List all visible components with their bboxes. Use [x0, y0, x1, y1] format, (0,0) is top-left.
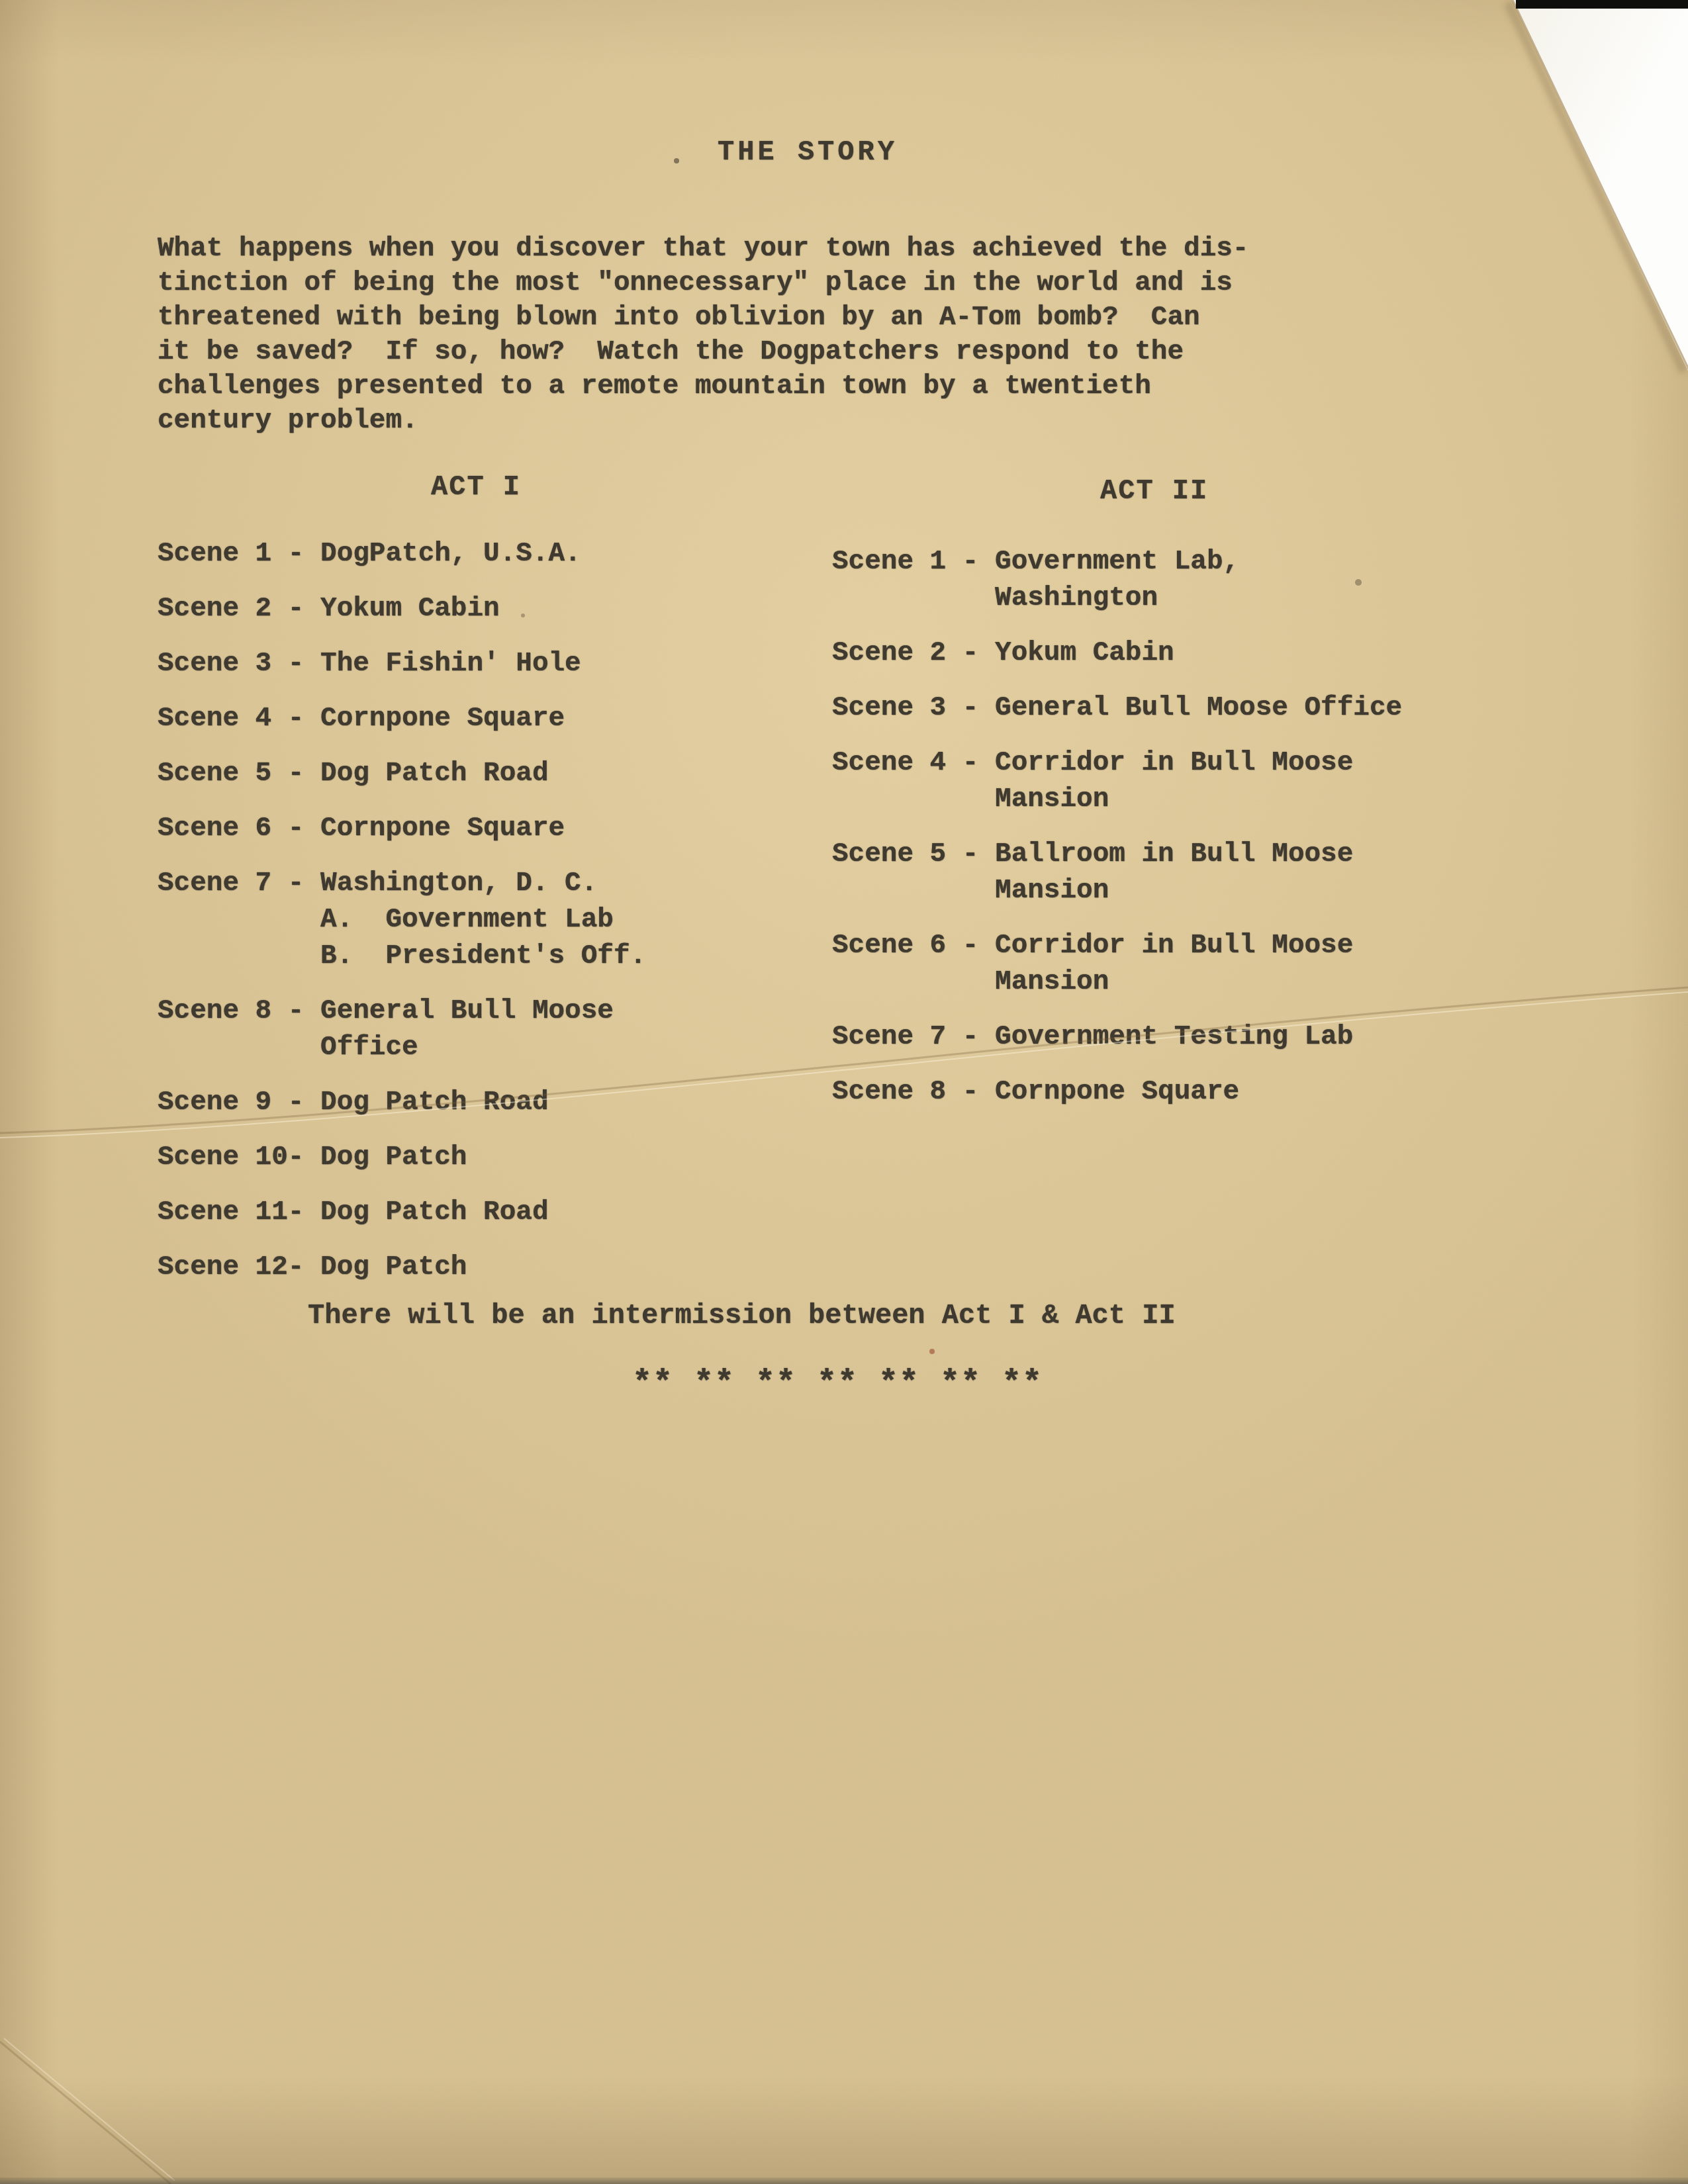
scan-edge-bar: [1516, 0, 1688, 9]
scene-item: Scene 8 - Cornpone Square: [832, 1074, 1402, 1111]
scene-item: Scene 4 - Corridor in Bull Moose Mansion: [832, 745, 1402, 818]
asterisk-divider: ** ** ** ** ** ** **: [0, 1365, 1675, 1402]
scene-item: Scene 4 - Cornpone Square: [158, 701, 646, 737]
scene-item: Scene 7 - Washington, D. C. A. Governmen…: [158, 866, 646, 975]
scene-item: Scene 8 - General Bull Moose Office: [158, 993, 646, 1066]
scene-item: Scene 1 - Government Lab, Washington: [832, 544, 1402, 617]
scene-item: Scene 6 - Corridor in Bull Moose Mansion: [832, 928, 1402, 1001]
scene-item: Scene 2 - Yokum Cabin: [832, 635, 1402, 672]
act2-heading: ACT II: [1100, 475, 1208, 507]
scene-item: Scene 5 - Dog Patch Road: [158, 756, 646, 792]
corner-cut: [1512, 0, 1688, 371]
scene-item: Scene 2 - Yokum Cabin: [158, 591, 646, 627]
intermission-note: There will be an intermission between Ac…: [308, 1300, 1176, 1332]
scene-item: Scene 3 - The Fishin' Hole: [158, 646, 646, 682]
scene-item: Scene 7 - Government Testing Lab: [832, 1019, 1402, 1056]
scene-item: Scene 11- Dog Patch Road: [158, 1195, 646, 1231]
paper-page: THE STORY What happens when you discover…: [0, 0, 1688, 2184]
scene-item: Scene 6 - Cornpone Square: [158, 811, 646, 847]
intro-paragraph: What happens when you discover that your…: [158, 232, 1248, 438]
scene-item: Scene 1 - DogPatch, U.S.A.: [158, 536, 646, 572]
scene-item: Scene 9 - Dog Patch Road: [158, 1085, 646, 1121]
scene-item: Scene 5 - Ballroom in Bull Moose Mansion: [832, 837, 1402, 909]
scene-item: Scene 3 - General Bull Moose Office: [832, 690, 1402, 727]
crease-line: [0, 2042, 171, 2184]
act2-scene-list: Scene 1 - Government Lab, Washington Sce…: [832, 544, 1402, 1129]
page-title: THE STORY: [0, 136, 1615, 168]
act1-scene-list: Scene 1 - DogPatch, U.S.A. Scene 2 - Yok…: [158, 536, 646, 1304]
crease-highlight: [4, 2038, 175, 2181]
scan-bottom-edge: [0, 2177, 1688, 2184]
scene-item: Scene 12- Dog Patch: [158, 1250, 646, 1286]
scene-item: Scene 10- Dog Patch: [158, 1140, 646, 1176]
ink-speck: [929, 1349, 935, 1354]
act1-heading: ACT I: [431, 471, 521, 503]
